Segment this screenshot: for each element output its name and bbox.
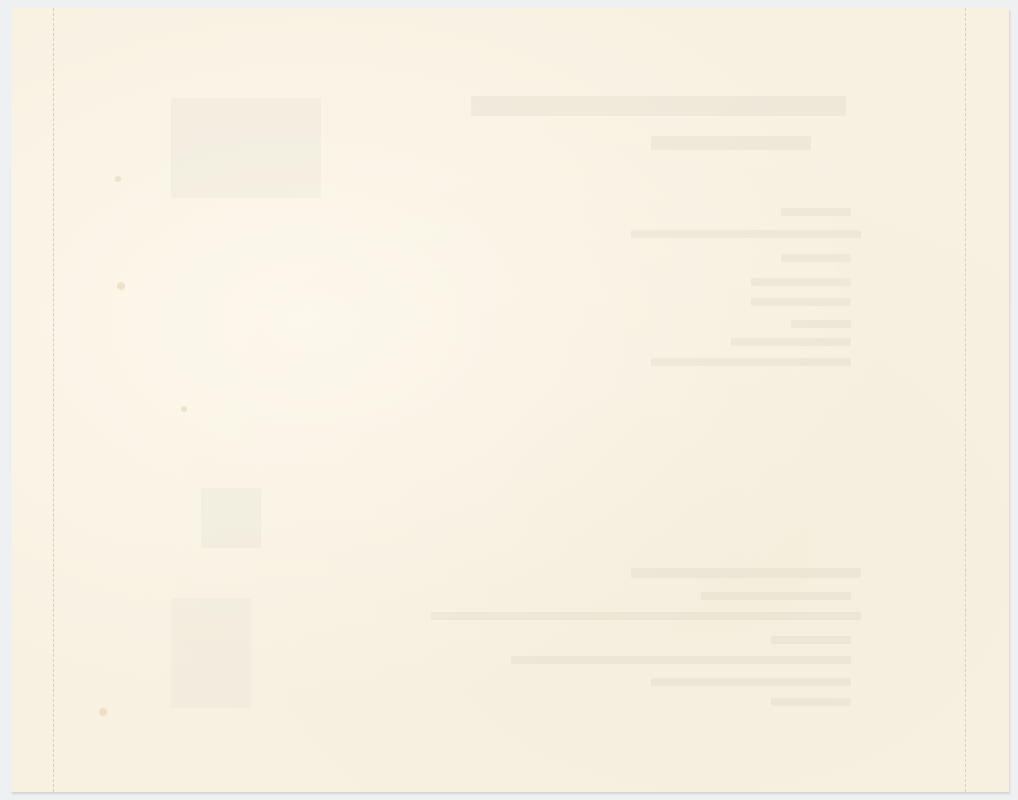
paper-stain [181,406,187,412]
left-fold-perforation [53,8,54,792]
paper-sheet [11,8,1009,792]
paper-stain [117,282,125,290]
right-fold-perforation [965,8,966,792]
paper-stain [99,708,107,716]
paper-stain [115,176,121,182]
